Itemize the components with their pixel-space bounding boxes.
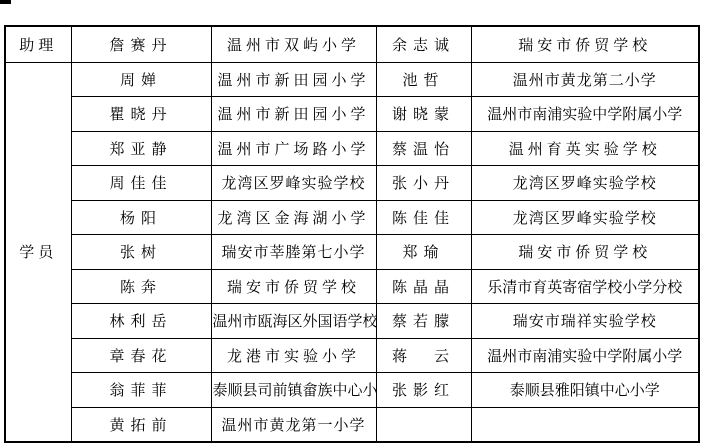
name-cell: 张树 — [71, 235, 211, 270]
table-row: 郑亚静温州市广场路小学蔡温怡温州育英实验学校 — [5, 131, 699, 166]
name-cell: 周佳佳 — [71, 166, 211, 201]
school-cell: 温州市广场路小学 — [211, 131, 376, 166]
table-row: 黄拓前温州市黄龙第一小学 — [5, 407, 699, 442]
school-cell: 温州市新田园小学 — [211, 97, 376, 132]
name-cell: 张小丹 — [376, 166, 471, 201]
school-cell: 龙湾区罗峰实验学校 — [211, 166, 376, 201]
school-cell: 温州市新田园小学 — [211, 62, 376, 97]
name-cell: 郑亚静 — [71, 131, 211, 166]
name-cell: 林利岳 — [71, 304, 211, 339]
school-cell: 乐清市育英寄宿学校小学分校 — [471, 269, 699, 304]
school-cell: 温州市南浦实验中学附属小学 — [471, 338, 699, 373]
table-edge-artifact — [0, 0, 11, 4]
school-cell: 瑞安市侨贸学校 — [211, 269, 376, 304]
name-cell: 池哲 — [376, 62, 471, 97]
table-row: 张树瑞安市莘塍第七小学郑瑜瑞安市侨贸学校 — [5, 235, 699, 270]
name-cell: 章春花 — [71, 338, 211, 373]
school-cell: 龙湾区罗峰实验学校 — [471, 166, 699, 201]
name-cell: 瞿晓丹 — [71, 97, 211, 132]
school-cell: 温州市南浦实验中学附属小学 — [471, 97, 699, 132]
table-row: 周佳佳龙湾区罗峰实验学校张小丹龙湾区罗峰实验学校 — [5, 166, 699, 201]
school-cell: 龙湾区金海湖小学 — [211, 200, 376, 235]
name-cell: 郑瑜 — [376, 235, 471, 270]
name-cell: 陈佳佳 — [376, 200, 471, 235]
school-cell: 瑞安市侨贸学校 — [471, 235, 699, 270]
school-cell: 温州市双屿小学 — [211, 26, 376, 62]
table-row: 林利岳温州市瓯海区外国语学校蔡若朦瑞安市瑞祥实验学校 — [5, 304, 699, 339]
school-cell: 温州市黄龙第二小学 — [471, 62, 699, 97]
group-label-trainee: 学员 — [5, 62, 71, 442]
table-row: 助理詹赛丹温州市双屿小学余志诚瑞安市侨贸学校 — [5, 26, 699, 62]
school-cell: 龙湾区罗峰实验学校 — [471, 200, 699, 235]
school-cell: 瑞安市莘塍第七小学 — [211, 235, 376, 270]
table-row: 翁菲菲泰顺县司前镇畲族中心小学张影红泰顺县雅阳镇中心小学 — [5, 373, 699, 408]
table-row: 瞿晓丹温州市新田园小学谢晓蒙温州市南浦实验中学附属小学 — [5, 97, 699, 132]
roster-table: 助理詹赛丹温州市双屿小学余志诚瑞安市侨贸学校学员周婵温州市新田园小学池哲温州市黄… — [4, 25, 700, 443]
document-page: 助理詹赛丹温州市双屿小学余志诚瑞安市侨贸学校学员周婵温州市新田园小学池哲温州市黄… — [0, 0, 703, 443]
name-cell: 翁菲菲 — [71, 373, 211, 408]
name-cell: 张影红 — [376, 373, 471, 408]
name-cell — [376, 407, 471, 442]
school-cell: 温州市瓯海区外国语学校 — [211, 304, 376, 339]
name-cell: 谢晓蒙 — [376, 97, 471, 132]
table-row: 章春花龙港市实验小学蒋 云温州市南浦实验中学附属小学 — [5, 338, 699, 373]
name-cell: 杨阳 — [71, 200, 211, 235]
school-cell: 瑞安市瑞祥实验学校 — [471, 304, 699, 339]
school-cell: 温州市黄龙第一小学 — [211, 407, 376, 442]
table-row: 陈奔瑞安市侨贸学校陈晶晶乐清市育英寄宿学校小学分校 — [5, 269, 699, 304]
name-cell: 詹赛丹 — [71, 26, 211, 62]
school-cell: 温州育英实验学校 — [471, 131, 699, 166]
name-cell: 蔡温怡 — [376, 131, 471, 166]
school-cell: 龙港市实验小学 — [211, 338, 376, 373]
name-cell: 陈奔 — [71, 269, 211, 304]
school-cell — [471, 407, 699, 442]
school-cell: 泰顺县雅阳镇中心小学 — [471, 373, 699, 408]
table-row: 学员周婵温州市新田园小学池哲温州市黄龙第二小学 — [5, 62, 699, 97]
roster-table-body: 助理詹赛丹温州市双屿小学余志诚瑞安市侨贸学校学员周婵温州市新田园小学池哲温州市黄… — [5, 26, 699, 442]
name-cell: 蒋 云 — [376, 338, 471, 373]
name-cell: 陈晶晶 — [376, 269, 471, 304]
name-cell: 蔡若朦 — [376, 304, 471, 339]
group-label-assistant: 助理 — [5, 26, 71, 62]
name-cell: 周婵 — [71, 62, 211, 97]
school-cell: 瑞安市侨贸学校 — [471, 26, 699, 62]
school-cell: 泰顺县司前镇畲族中心小学 — [211, 373, 376, 408]
table-row: 杨阳龙湾区金海湖小学陈佳佳龙湾区罗峰实验学校 — [5, 200, 699, 235]
name-cell: 余志诚 — [376, 26, 471, 62]
name-cell: 黄拓前 — [71, 407, 211, 442]
